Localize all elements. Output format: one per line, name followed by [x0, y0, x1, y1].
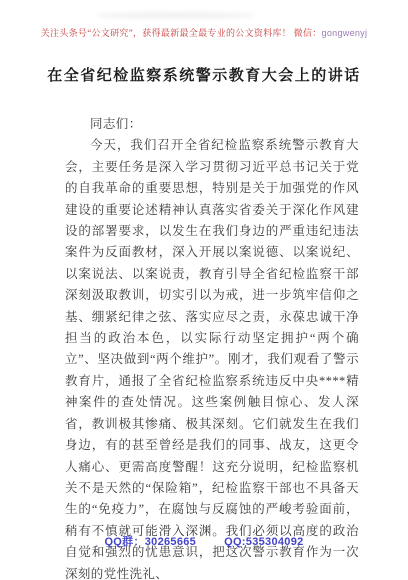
document-title: 在全省纪检监察系统警示教育大会上的讲话: [0, 64, 408, 85]
body-paragraph: 今天，我们召开全省纪检监察系统警示教育大会，主要任务是深入学习贯彻习近平总书记关…: [65, 135, 359, 580]
scan-artifact: [95, 12, 255, 19]
contact-footer: QQ群：30265665QQ:535304092: [0, 533, 408, 549]
document-page: 关注头条号“公文研究”，获得最新最全最专业的公文资料库！ 微信：gongweny…: [0, 0, 408, 580]
qq-group: QQ群：30265665: [104, 536, 196, 548]
qq-group-label: QQ群：: [104, 536, 144, 548]
promo-header: 关注头条号“公文研究”，获得最新最全最专业的公文资料库！ 微信：gongweny…: [0, 26, 408, 39]
wechat-id: gongwenyj: [322, 28, 368, 38]
document-body: 同志们： 今天，我们召开全省纪检监察系统警示教育大会，主要任务是深入学习贯彻习近…: [65, 114, 359, 580]
qq-group-number: 30265665: [145, 536, 196, 548]
promo-header-text: 关注头条号“公文研究”，获得最新最全最专业的公文资料库！ 微信：: [41, 28, 322, 38]
qq-personal: QQ:535304092: [224, 536, 303, 548]
salutation: 同志们：: [65, 114, 359, 135]
qq-label: QQ:: [224, 536, 246, 548]
qq-number: 535304092: [246, 536, 304, 548]
